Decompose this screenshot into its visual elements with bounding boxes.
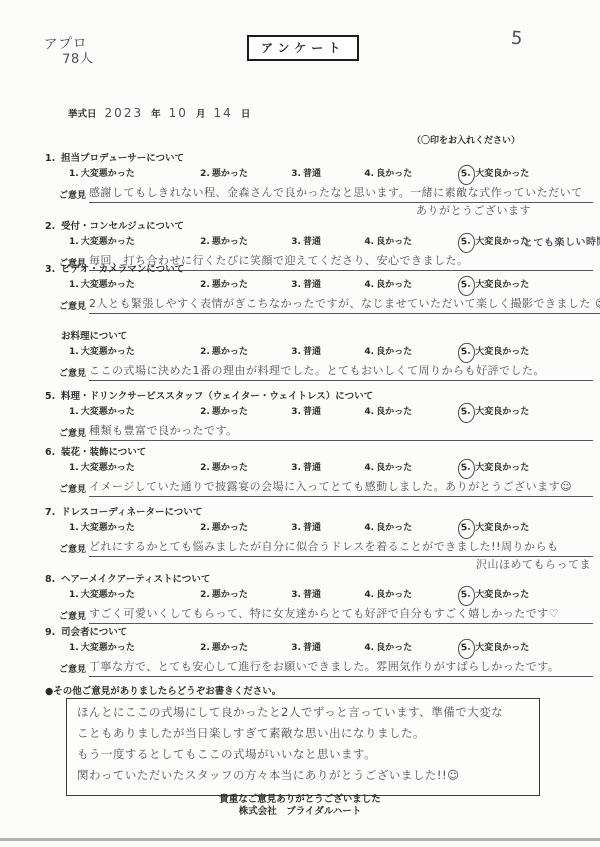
comment-label: ご意見 xyxy=(59,609,89,624)
page-number: 5 xyxy=(510,28,523,50)
section-dress-coordinator: 7.ドレスコーディネーターについて 1.大変悪かった 2.悪かった 3.普通 4… xyxy=(45,506,593,572)
rating-option-3: 3.普通 xyxy=(291,640,361,657)
other-opinions-box: ほんとにここの式場にして良かったと2人でずっと言っています、準備で大変な ことも… xyxy=(66,698,540,796)
rating-option-5-selected: 5.大変良かった xyxy=(458,459,530,479)
other-opinion-line: ほんとにここの式場にして良かったと2人でずっと言っています、準備で大変な xyxy=(77,702,529,723)
comment-row: ご意見 イメージしていた通りで披露宴の会場に入ってとても感動しました。ありがとう… xyxy=(59,479,593,497)
rating-options-row: 1.大変悪かった 2.悪かった 3.普通 4.良かった 5.大変良かった とても… xyxy=(45,233,593,253)
date-day-unit: 日 xyxy=(241,109,251,120)
date-year-value: 2023 xyxy=(105,106,144,120)
comment-label: ご意見 xyxy=(59,188,89,203)
rating-option-2: 2.悪かった xyxy=(200,277,288,294)
section-heading: 3.ビデオ・カメラマンについて xyxy=(45,263,593,276)
section-heading: 9.司会者について xyxy=(45,626,593,639)
comment-row: ご意見 ここの式場に決めた1番の理由が料理でした。とてもおいしくて周りからも好評… xyxy=(59,363,593,381)
comment-label: ご意見 xyxy=(59,366,89,381)
rating-option-3: 3.普通 xyxy=(291,460,361,477)
section-number: 9. xyxy=(45,626,61,639)
rating-option-1: 1.大変悪かった xyxy=(69,460,197,477)
rating-options-row: 1.大変悪かった 2.悪かった 3.普通 4.良かった 5.大変良かった xyxy=(45,276,593,296)
rating-option-4: 4.良かった xyxy=(364,640,454,657)
section-title: ドレスコーディネーターについて xyxy=(61,507,202,518)
date-month-unit: 月 xyxy=(196,109,206,120)
section-cuisine: お料理について 1.大変悪かった 2.悪かった 3.普通 4.良かった 5.大変… xyxy=(45,330,593,381)
section-service-staff: 5.料理・ドリンクサービススタッフ（ウェイター・ウェイトレス）について 1.大変… xyxy=(45,390,593,441)
section-title: 装花・装飾について xyxy=(61,447,146,458)
section-number: 8. xyxy=(45,573,61,586)
section-heading: 7.ドレスコーディネーターについて xyxy=(45,506,593,519)
handwritten-comment: すごく可愛いくしてもらって、特に女友達からとても好評で自分もすごく嬉しかったです… xyxy=(89,606,593,624)
rating-options-row: 1.大変悪かった 2.悪かった 3.普通 4.良かった 5.大変良かった xyxy=(45,459,593,479)
rating-option-1: 1.大変悪かった xyxy=(69,166,197,183)
section-heading: 5.料理・ドリンクサービススタッフ（ウェイター・ウェイトレス）について xyxy=(45,390,593,403)
section-mc: 9.司会者について 1.大変悪かった 2.悪かった 3.普通 4.良かった 5.… xyxy=(45,626,593,677)
handwritten-comment: ここの式場に決めた1番の理由が料理でした。とてもおいしくて周りからも好評でした。 xyxy=(89,363,593,381)
rating-option-3: 3.普通 xyxy=(291,277,361,294)
section-videographer: 3.ビデオ・カメラマンについて 1.大変悪かった 2.悪かった 3.普通 4.良… xyxy=(45,263,593,314)
rating-option-2: 2.悪かった xyxy=(200,520,288,537)
corner-annotation-line2: 78人 xyxy=(62,51,94,68)
handwritten-comment: 2人とも緊張しやすく表情がぎこちなかったですが、なじませていただいて楽しく撮影で… xyxy=(89,296,600,314)
section-title: ヘアーメイクアーティストについて xyxy=(61,574,210,585)
comment-row: ご意見 感謝してもしきれない程、金森さんで良かったなと思います。一緒に素敵な式作… xyxy=(59,185,593,203)
rating-option-3: 3.普通 xyxy=(291,166,361,183)
comment-label: ご意見 xyxy=(59,299,89,314)
section-number: 5. xyxy=(45,390,61,403)
section-number: 7. xyxy=(45,506,61,519)
rating-option-5-selected: 5.大変良かった xyxy=(458,639,530,659)
handwritten-side-note: とても楽しい時間でした xyxy=(523,233,600,252)
other-opinion-line: もう一度するとしてもここの式場がいいなと思います。 xyxy=(77,744,529,765)
handwritten-comment: 種類も豊富で良かったです。 xyxy=(89,423,593,441)
rating-option-2: 2.悪かった xyxy=(200,587,288,604)
section-heading: 1.担当プロデューサーについて xyxy=(45,152,593,165)
section-title: 受付・コンセルジュについて xyxy=(61,221,184,232)
comment-row: ご意見 すごく可愛いくしてもらって、特に女友達からとても好評で自分もすごく嬉しか… xyxy=(59,606,593,624)
section-number: 2. xyxy=(45,220,61,233)
rating-option-2: 2.悪かった xyxy=(200,640,288,657)
rating-option-2: 2.悪かった xyxy=(200,234,288,251)
section-heading: 2.受付・コンセルジュについて xyxy=(45,220,593,233)
rating-option-4: 4.良かった xyxy=(364,166,454,183)
rating-option-4: 4.良かった xyxy=(364,404,454,421)
rating-option-4: 4.良かった xyxy=(364,344,454,361)
corner-annotation-line1: アプロ xyxy=(43,35,93,53)
page-title: アンケート xyxy=(247,35,359,61)
section-title: ビデオ・カメラマンについて xyxy=(61,264,184,275)
handwritten-comment: 感謝してもしきれない程、金森さんで良かったなと思います。一緒に素敵な式作っていた… xyxy=(89,185,593,203)
rating-options-row: 1.大変悪かった 2.悪かった 3.普通 4.良かった 5.大変良かった xyxy=(45,639,593,659)
rating-option-4: 4.良かった xyxy=(364,587,454,604)
rating-option-4: 4.良かった xyxy=(364,460,454,477)
rating-option-5-selected: 5.大変良かった xyxy=(458,519,530,539)
rating-option-5-selected: 5.大変良かった xyxy=(458,165,530,185)
rating-option-5-selected: 5.大変良かった xyxy=(458,586,530,606)
rating-option-5-selected: 5.大変良かった xyxy=(458,403,530,423)
date-label: 挙式日 xyxy=(68,109,97,120)
rating-option-3: 3.普通 xyxy=(291,520,361,537)
comment-row: ご意見 種類も豊富で良かったです。 xyxy=(59,423,593,441)
rating-option-1: 1.大変悪かった xyxy=(69,344,197,361)
comment-row: ご意見 丁寧な方で、とても安心して進行をお願いできました。雰囲気作りがすばらしか… xyxy=(59,659,593,677)
rating-option-5-selected: 5.大変良かった xyxy=(458,343,530,363)
date-month-value: 10 xyxy=(169,106,188,120)
date-year-unit: 年 xyxy=(151,109,161,120)
handwritten-comment: 丁寧な方で、とても安心して進行をお願いできました。雰囲気作りがすばらしかったです… xyxy=(89,659,593,677)
corner-annotation: アプロ 78人 xyxy=(43,35,93,69)
rating-option-3: 3.普通 xyxy=(291,404,361,421)
rating-option-4: 4.良かった xyxy=(364,520,454,537)
scan-edge-line xyxy=(0,838,600,841)
handwritten-comment-continuation: 沢山ほめてもらってま xyxy=(45,557,591,572)
rating-option-1: 1.大変悪かった xyxy=(69,587,197,604)
rating-option-2: 2.悪かった xyxy=(200,344,288,361)
section-number: 3. xyxy=(45,263,61,276)
comment-label: ご意見 xyxy=(59,542,89,557)
other-opinion-line: こともありましたが当日楽しすぎて素敵な思い出になりました。 xyxy=(77,723,529,744)
rating-option-2: 2.悪かった xyxy=(200,404,288,421)
handwritten-comment-continuation: ありがとうございます xyxy=(45,203,531,218)
rating-option-1: 1.大変悪かった xyxy=(69,404,197,421)
section-hair-makeup: 8.ヘアーメイクアーティストについて 1.大変悪かった 2.悪かった 3.普通 … xyxy=(45,573,593,624)
section-heading: お料理について xyxy=(45,330,593,343)
rating-options-row: 1.大変悪かった 2.悪かった 3.普通 4.良かった 5.大変良かった xyxy=(45,519,593,539)
comment-row: ご意見 2人とも緊張しやすく表情がぎこちなかったですが、なじませていただいて楽し… xyxy=(59,296,593,314)
rating-options-row: 1.大変悪かった 2.悪かった 3.普通 4.良かった 5.大変良かった xyxy=(45,403,593,423)
rating-option-1: 1.大変悪かった xyxy=(69,520,197,537)
rating-option-4: 4.良かった xyxy=(364,277,454,294)
section-producer: 1.担当プロデューサーについて 1.大変悪かった 2.悪かった 3.普通 4.良… xyxy=(45,152,593,218)
rating-option-3: 3.普通 xyxy=(291,234,361,251)
footer-company: 株式会社 ブライダルハート xyxy=(0,803,600,817)
rating-options-row: 1.大変悪かった 2.悪かった 3.普通 4.良かった 5.大変良かった xyxy=(45,165,593,185)
rating-option-2: 2.悪かった xyxy=(200,460,288,477)
handwritten-comment: どれにするかとても悩みましたが自分に似合うドレスを着ることができました!!周りか… xyxy=(89,539,593,557)
rating-option-5-selected: 5.大変良かった xyxy=(458,276,530,296)
rating-option-1: 1.大変悪かった xyxy=(69,234,197,251)
section-title: 料理・ドリンクサービススタッフ（ウェイター・ウェイトレス）について xyxy=(61,391,373,402)
rating-options-row: 1.大変悪かった 2.悪かった 3.普通 4.良かった 5.大変良かった xyxy=(45,343,593,363)
rating-option-3: 3.普通 xyxy=(291,344,361,361)
rating-option-4: 4.良かった xyxy=(364,234,454,251)
section-number: 1. xyxy=(45,152,61,165)
section-number: 6. xyxy=(45,446,61,459)
section-title: 担当プロデューサーについて xyxy=(61,153,184,164)
section-flowers: 6.装花・装飾について 1.大変悪かった 2.悪かった 3.普通 4.良かった … xyxy=(45,446,593,497)
other-opinion-line: 関わっていただいたスタッフの方々本当にありがとうございました!!☺ xyxy=(77,765,529,786)
section-heading: 6.装花・装飾について xyxy=(45,446,593,459)
ceremony-date-row: 挙式日 2023 年 10 月 14 日 xyxy=(68,106,250,120)
rating-option-5-selected: 5.大変良かった xyxy=(458,233,530,253)
rating-option-1: 1.大変悪かった xyxy=(69,640,197,657)
section-heading: 8.ヘアーメイクアーティストについて xyxy=(45,573,593,586)
rating-option-3: 3.普通 xyxy=(291,587,361,604)
comment-row: ご意見 どれにするかとても悩みましたが自分に似合うドレスを着ることができました!… xyxy=(59,539,593,557)
rating-option-1: 1.大変悪かった xyxy=(69,277,197,294)
rating-options-row: 1.大変悪かった 2.悪かった 3.普通 4.良かった 5.大変良かった xyxy=(45,586,593,606)
comment-label: ご意見 xyxy=(59,482,89,497)
handwritten-comment: イメージしていた通りで披露宴の会場に入ってとても感動しました。ありがとうございま… xyxy=(89,479,593,497)
date-day-value: 14 xyxy=(214,106,233,120)
other-opinions-heading: ●その他ご意見がありましたらどうぞお書きください。 xyxy=(45,683,281,697)
circle-instruction: （〇印をお入れください） xyxy=(412,133,520,146)
questionnaire-page: アプロ 78人 アンケート 5 挙式日 2023 年 10 月 14 日 （〇印… xyxy=(0,0,600,847)
rating-option-2: 2.悪かった xyxy=(200,166,288,183)
section-title: 司会者について xyxy=(61,627,127,638)
comment-label: ご意見 xyxy=(59,426,89,441)
comment-label: ご意見 xyxy=(59,662,89,677)
section-title: お料理について xyxy=(61,331,127,342)
